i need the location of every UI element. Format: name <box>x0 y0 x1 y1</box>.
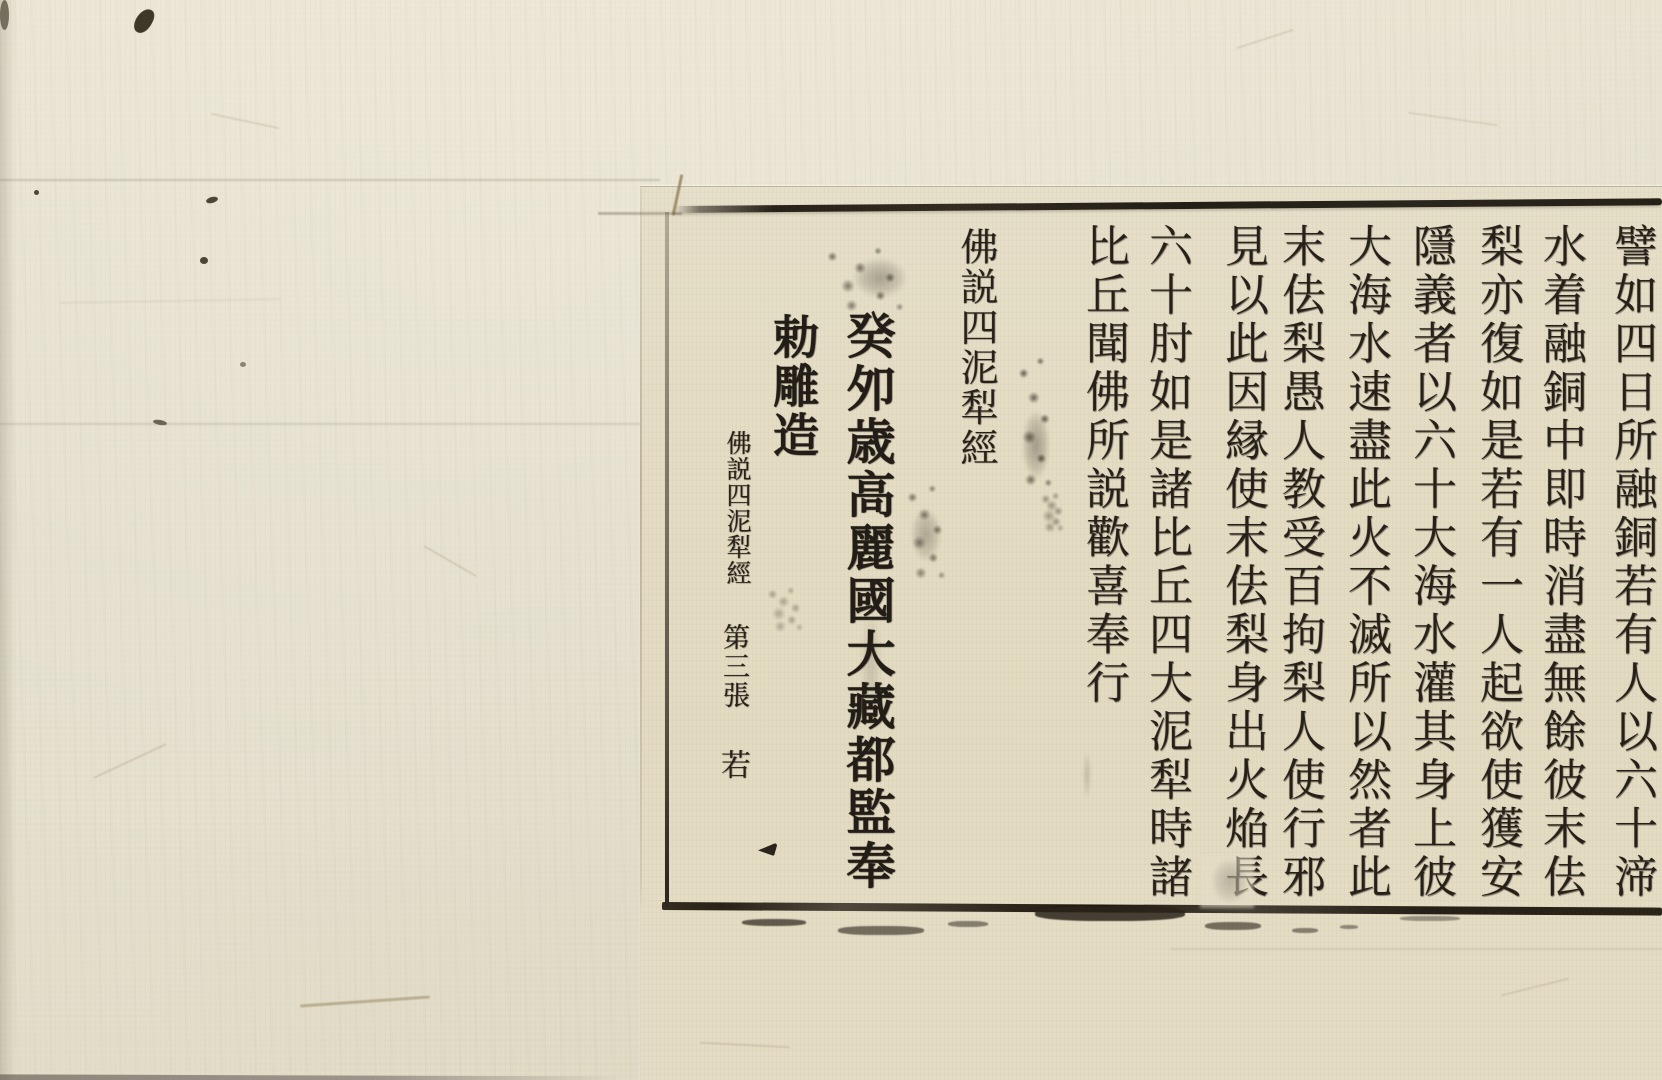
paper-fiber <box>1236 29 1294 49</box>
colophon-edict-column: 勅雕造 <box>757 313 827 460</box>
ink-dash <box>1205 922 1261 930</box>
sutra-column-4: 隱義者以六十大海水灌其身上彼 <box>1399 223 1461 902</box>
paper-fiber <box>1408 112 1497 127</box>
paper-fleck <box>131 6 157 36</box>
sutra-column-5: 大海水速盡此火不滅所以然者此 <box>1334 223 1396 902</box>
ink-dash <box>948 921 988 927</box>
ink-dash <box>838 926 924 935</box>
edge-sheet-number: 第三張 <box>711 623 757 710</box>
paper-fiber <box>424 545 477 577</box>
frame-left-border <box>665 212 669 907</box>
edge-sutra-title: 佛説四泥犁經 <box>713 430 759 586</box>
paper-fleck <box>0 0 9 30</box>
edge-volume-marker: 若 <box>709 749 755 779</box>
ink-dash <box>1035 906 1185 921</box>
colophon-date-column: 癸夘歳高麗國大藏都監奉 <box>829 310 905 893</box>
paper-fleck <box>153 419 168 426</box>
sutra-column-6: 末佉梨愚人教受百拘梨人使行邪 <box>1268 223 1330 902</box>
sutra-column-3: 梨亦復如是若有一人起欲使獲安 <box>1466 223 1528 902</box>
paper-crease <box>0 423 648 425</box>
paper-fleck <box>34 190 39 195</box>
sutra-column-9: 比丘聞佛所説歡喜奉行 <box>1072 223 1134 708</box>
ink-dash <box>1400 916 1460 921</box>
paper-crease <box>60 298 280 303</box>
sutra-column-1: 譬如四日所融銅若有人以六十渧 <box>1600 223 1662 902</box>
paper-crease <box>0 179 660 181</box>
ink-dash <box>1340 925 1358 929</box>
sutra-column-8: 六十肘如是諸比丘四大泥犁時諸 <box>1135 223 1197 902</box>
scanned-sutra-page: 譬如四日所融銅若有人以六十渧 水着融銅中即時消盡無餘彼末佉 梨亦復如是若有一人起… <box>0 0 1662 1080</box>
frame-top-border-tail <box>598 212 682 215</box>
sutra-end-title: 佛説四泥犁經 <box>944 227 1006 468</box>
ink-dash <box>1292 928 1318 933</box>
sutra-column-2: 水着融銅中即時消盡無餘彼末佉 <box>1529 223 1591 902</box>
paper-fiber <box>211 113 280 130</box>
paper-fleck <box>205 196 218 205</box>
sutra-column-7: 見以此因縁使末佉梨身出火焔長 <box>1211 223 1273 902</box>
paper-fleck <box>240 362 246 367</box>
ink-dash <box>742 919 806 926</box>
paper-fleck <box>200 257 208 264</box>
leaf-left-edge <box>640 188 642 914</box>
paper-fiber <box>300 995 430 1007</box>
paper-fiber <box>93 743 166 779</box>
scan-bottom-edge <box>0 1072 622 1080</box>
